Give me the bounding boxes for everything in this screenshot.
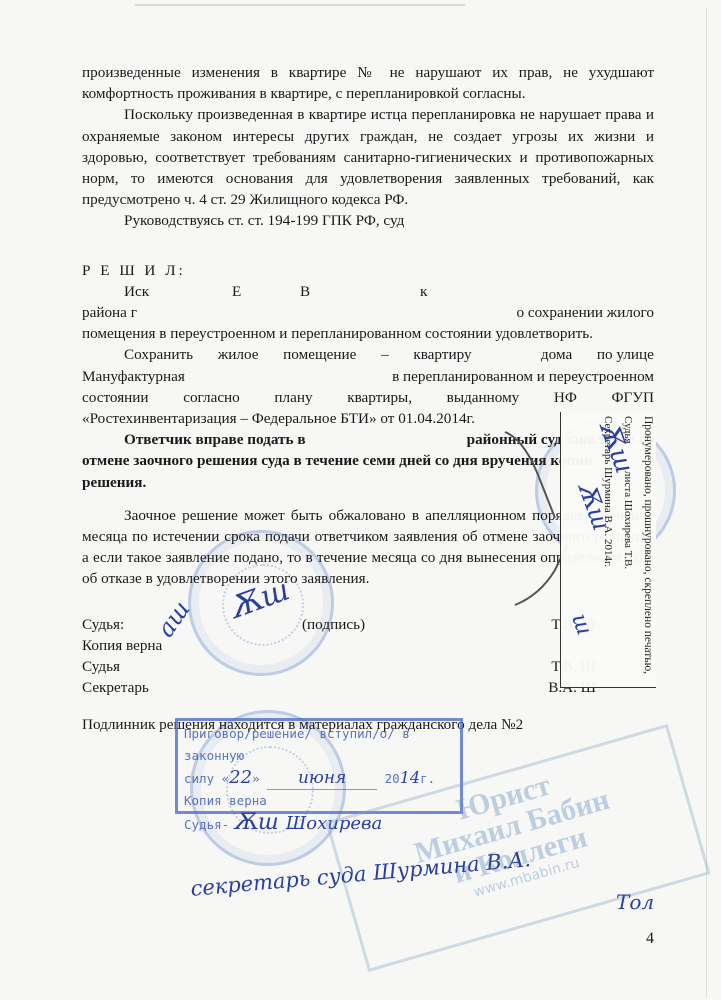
paragraph: Поскольку произведенная в квартире истца… bbox=[82, 104, 654, 210]
handwritten-initials: Тол bbox=[616, 890, 654, 914]
binding-seal-label: Пронумеровано, прошнуровано, скреплено п… bbox=[560, 412, 656, 688]
page-edge bbox=[135, 4, 465, 6]
paragraph: произведенные изменения в квартире № не … bbox=[82, 62, 654, 104]
handwritten-signature: ш bbox=[566, 610, 597, 638]
claim-line: района г о сохранении жилого bbox=[82, 302, 654, 323]
claim-line: помещения в переустроенном и перепланиро… bbox=[82, 323, 654, 344]
paragraph: Руководствуясь ст. ст. 194-199 ГПК РФ, с… bbox=[82, 210, 654, 231]
keep-line: состоянии согласно плану квартиры, выдан… bbox=[82, 387, 654, 408]
keep-line: Сохранить жилое помещение – квартиру дом… bbox=[82, 344, 654, 365]
page-edge bbox=[706, 8, 707, 998]
pen-stroke bbox=[500, 430, 560, 520]
decision-heading: Р Е Ш И Л: bbox=[82, 260, 654, 281]
claim-line: Иск Е В к bbox=[82, 281, 654, 302]
page-number: 4 bbox=[646, 930, 654, 948]
keep-line: Мануфактурная в перепланированном и пере… bbox=[82, 366, 654, 387]
